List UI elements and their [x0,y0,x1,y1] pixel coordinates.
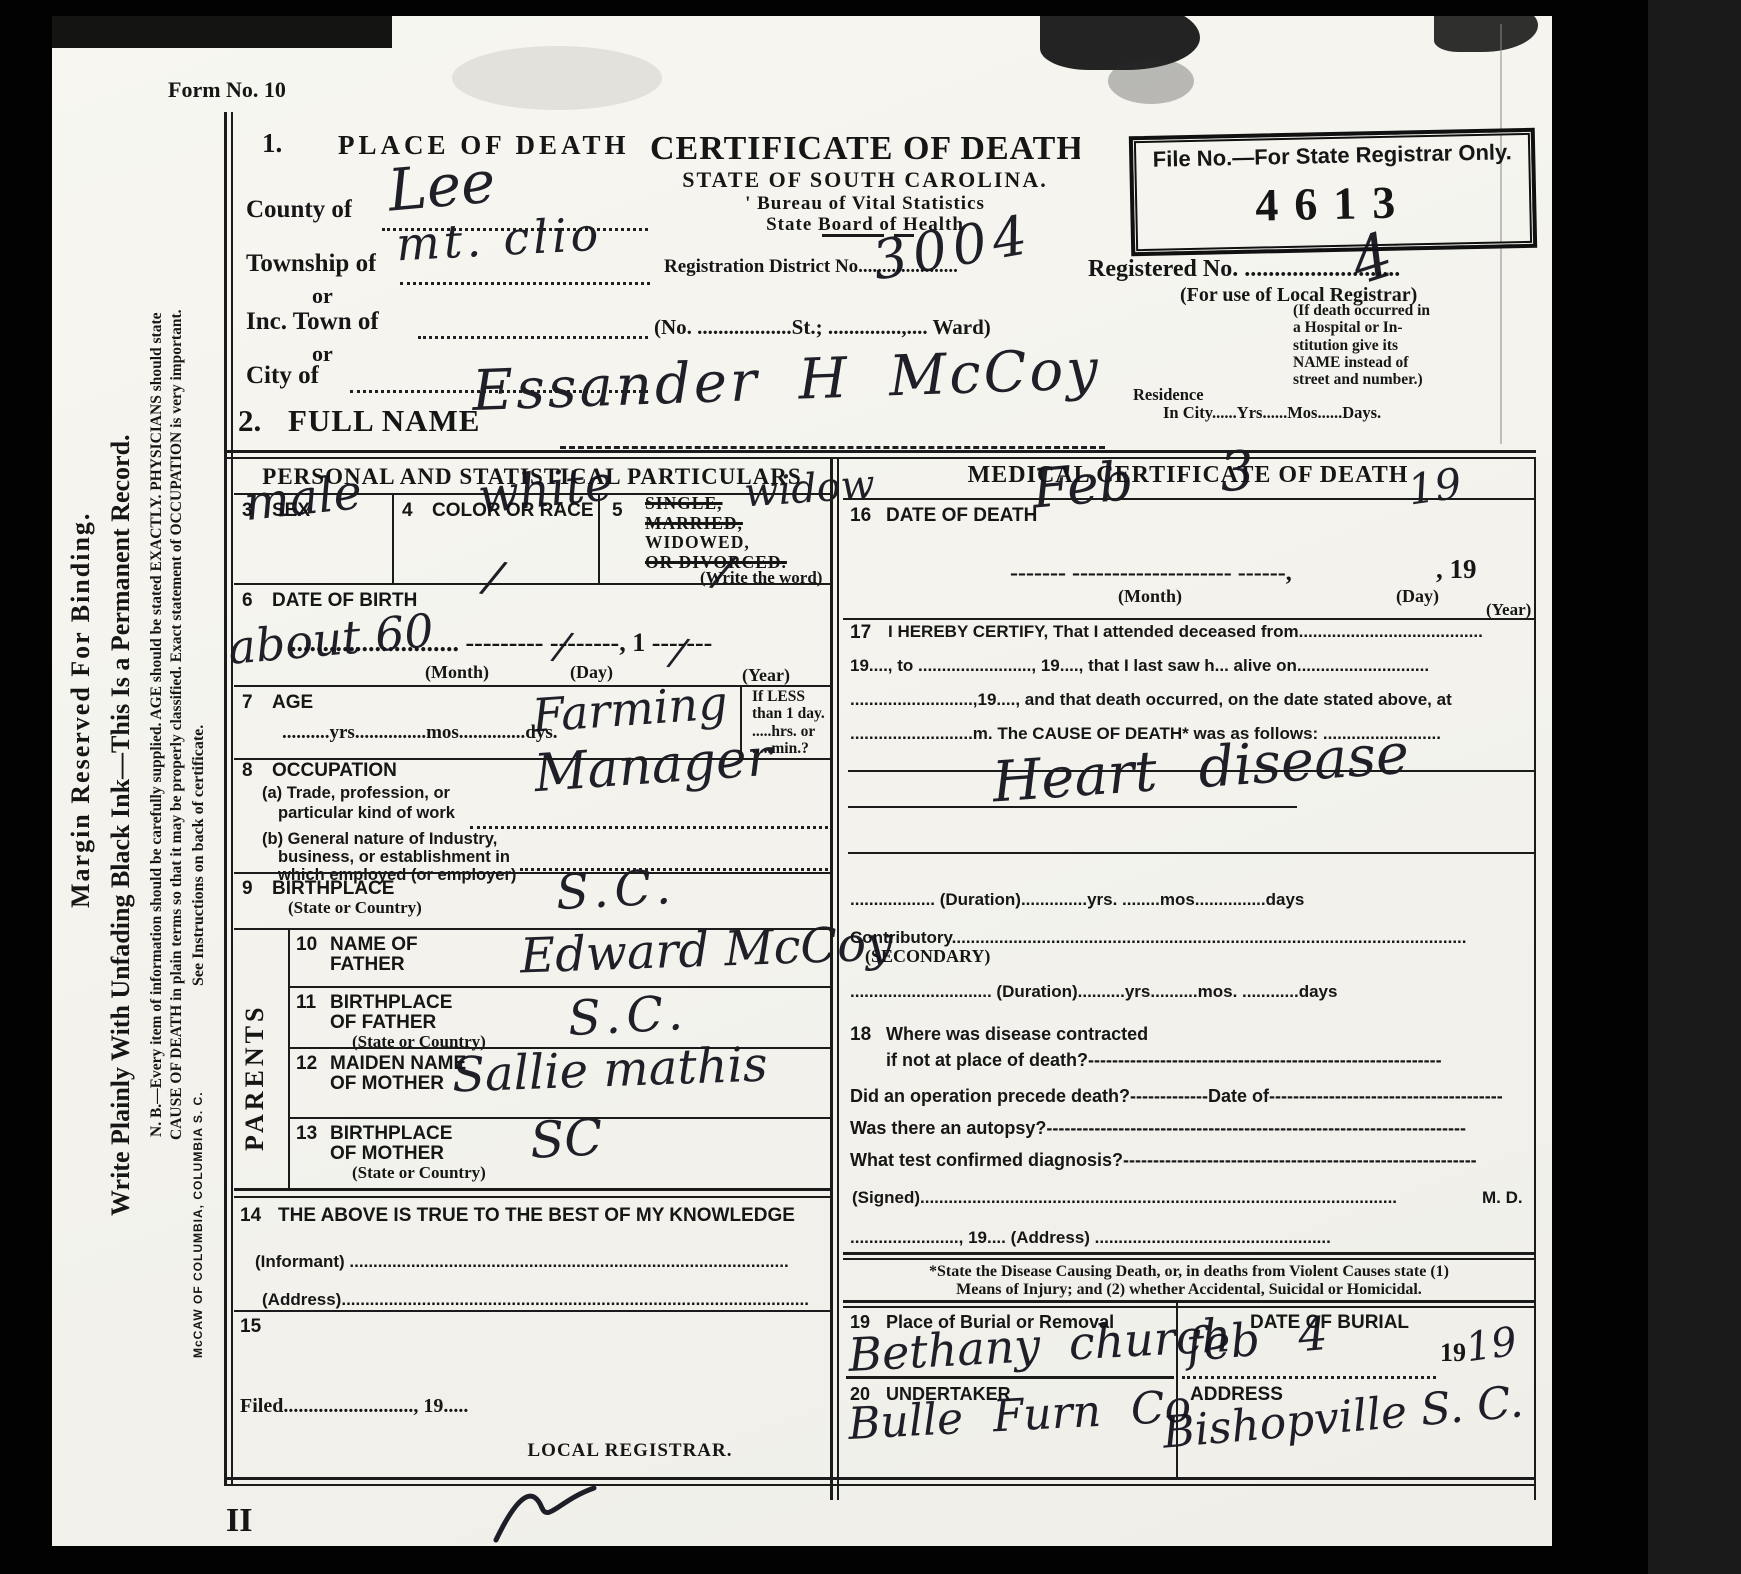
margin-instructions-note: See Instructions on back of certificate. [190,620,208,1090]
scan-artifact [1108,58,1194,104]
certificate-title: CERTIFICATE OF DEATH [650,130,1080,168]
rule [822,234,884,237]
marital-option-widowed: WIDOWED, [645,533,787,553]
occupation-a-line1: (a) Trade, profession, or [262,784,450,802]
margin-nb-note-line2: CAUSE OF DEATH in plain terms so that it… [168,90,185,1360]
rule [234,758,830,760]
dod-day-label: (Day) [1396,586,1439,606]
city-label: City of [246,362,319,390]
filed-number: 15 [240,1316,261,1337]
rule [224,450,1536,453]
if-less-line: If LESS [752,688,825,705]
rule [846,1376,1174,1379]
contributory-line: Contributory............................… [850,928,1534,947]
rule [740,685,742,758]
local-registrar-label: LOCAL REGISTRAR. [480,1440,780,1461]
township-label: Township of [246,250,376,278]
footnote-line1: *State the Disease Causing Death, or, in… [843,1263,1535,1281]
scan-border-bottom [0,1546,1741,1574]
rule [843,618,1534,620]
scan-border-right-outer [1648,0,1741,1574]
mother-birthplace-number: 13 [296,1123,317,1144]
rule [848,770,1534,772]
rule [837,457,839,1500]
informant-address-line: (Address)...............................… [262,1290,827,1309]
father-name-number: 10 [296,934,317,955]
rule [224,112,227,1486]
binding-tick-mark: II [226,1502,252,1540]
dod-month-label: (Month) [1118,586,1182,606]
parents-side-label: PARENTS [240,974,269,1180]
rule [830,457,833,1500]
occupation-b-line2: business, or establishment in [278,848,510,866]
mother-birthplace-sub: (State or Country) [352,1163,486,1182]
mother-name-label1: MAIDEN NAME [330,1053,466,1074]
rule [598,493,600,583]
age-label: AGE [272,692,313,713]
birthplace-label: BIRTHPLACE [272,878,394,899]
no-st-ward-line: (No. ..................St.; ............… [654,316,1254,340]
scan-border-left [0,0,52,1574]
hospital-note-line: a Hospital or In- [1293,319,1533,336]
rule [234,583,830,585]
stray-pen-stroke [490,1482,600,1546]
or-label: or [312,284,333,309]
operation-question-line: Did an operation precede death?---------… [850,1086,1534,1106]
dotted-line [1182,1376,1436,1379]
certify-line3: ..........................,19...., and t… [850,690,1534,709]
mother-name-number: 12 [296,1053,317,1074]
state-line: STATE OF SOUTH CAROLINA. [650,168,1080,193]
age-number: 7 [242,692,253,713]
full-name-handwritten-value: Essander H McCoy [471,337,1102,424]
birthplace-sub-label: (State or Country) [288,898,422,917]
rule [234,493,830,495]
rule [288,986,830,988]
rule [848,852,1534,854]
filed-line: Filed.........................., 19..... [240,1395,468,1417]
rule [234,872,830,874]
rule [843,1258,1536,1260]
file-number: 4613 [1134,174,1533,234]
rule [224,1484,1536,1486]
date-of-death-blank-line: ------- -------------------- ------, [1010,560,1430,587]
dob-number: 6 [242,590,253,611]
scan-artifact [452,46,662,110]
burial-year-printed: 19 [1440,1338,1466,1367]
certify-line1: I HEREBY CERTIFY, That I attended deceas… [888,622,1534,641]
date-of-death-label: DATE OF DEATH [886,505,1037,526]
test-question-line: What test confirmed diagnosis?----------… [850,1150,1534,1170]
hospital-note-line: stitution give its [1293,337,1533,354]
dod-year-label: (Year) [1486,600,1531,619]
rule [224,457,1536,459]
occupation-label: OCCUPATION [272,760,397,781]
dotted-line [520,868,828,871]
father-birthplace-label1: BIRTHPLACE [330,992,452,1013]
rule [1534,457,1536,1500]
father-name-label1: NAME OF [330,934,418,955]
hospital-note-line: (If death occurred in [1293,302,1533,319]
race-number: 4 [402,500,413,521]
residence-line: In City......Yrs......Mos......Days. [1163,404,1535,422]
dotted-line [400,282,650,285]
hospital-note: (If death occurred in a Hospital or In- … [1293,302,1533,389]
attest-number: 14 [240,1205,261,1226]
footnote-line2: Means of Injury; and (2) whether Acciden… [843,1281,1535,1299]
dotted-line [382,228,648,231]
file-box-title: File No.—For State Registrar Only. [1133,140,1531,173]
dotted-line [350,390,648,393]
scan-border-top [0,0,1741,16]
duration-line-secondary: .............................. (Duration… [850,982,1534,1001]
occupation-b-line1: (b) General nature of Industry, [262,830,497,848]
hospital-note-line: NAME instead of [1293,354,1533,371]
margin-binding-note: Margin Reserved For Binding. [66,320,95,1100]
disease-contracted-number: 18 [850,1024,871,1045]
burial-date-handwritten-value: feb 4 [1184,1306,1330,1372]
birthplace-number: 9 [242,878,253,899]
inc-town-label: Inc. Town of [246,308,379,336]
burial-year-handwritten: 19 [1463,1319,1520,1372]
if-less-line: than 1 day. [752,705,825,722]
certify-line2: 19...., to ........................, 19.… [850,656,1534,675]
rule [231,112,233,1486]
rule [392,493,394,583]
mother-birthplace-label2: OF MOTHER [330,1143,444,1164]
disease-contracted-line1: Where was disease contracted [886,1024,1148,1044]
registered-no-label: Registered No. .........................… [1088,256,1536,283]
rule [843,498,1534,500]
hospital-note-line: street and number.) [1293,371,1533,388]
informant-line: (Informant) ............................… [255,1252,827,1271]
certify-number: 17 [850,622,871,643]
rule [288,928,290,1188]
dob-month-label: (Month) [425,662,489,682]
scanned-death-certificate: Margin Reserved For Binding. Write Plain… [0,0,1741,1574]
township-handwritten-value: mt. clio [395,207,604,272]
rule [894,234,914,237]
occupation-a-line2: particular kind of work [278,804,455,822]
margin-nb-note-line1: N. B.—Every item of information should b… [148,90,165,1360]
marital-handwritten-value: widow [743,461,877,516]
dob-year-label: (Year) [742,665,790,685]
mother-name-label2: OF MOTHER [330,1073,444,1094]
rule [1176,1300,1178,1479]
rule [288,1047,830,1049]
full-name-label: FULL NAME [288,404,480,439]
date-of-death-year-printed: , 19 [1436,554,1477,584]
disease-contracted-line2: if not at place of death?---------------… [886,1050,1534,1070]
rule [234,1196,830,1198]
county-label: County of [246,196,352,224]
dotted-line [470,826,828,829]
rule [234,1310,830,1312]
dashed-line [560,446,1105,449]
mother-birthplace-label1: BIRTHPLACE [330,1123,452,1144]
father-birthplace-handwritten-value: S.C. [567,985,690,1047]
rule [234,928,830,930]
signed-address-line: ......................., 19.... (Address… [850,1228,1534,1247]
rule [848,806,1297,808]
father-birthplace-label2: OF FATHER [330,1012,436,1033]
date-of-death-year-handwritten: 19 [1405,459,1465,515]
dob-month-pen-mark: / [481,551,506,604]
md-label: M. D. [1482,1188,1523,1207]
rule [234,1188,830,1191]
rule [288,1117,830,1119]
rule [224,1477,1536,1480]
rule [843,1306,1536,1308]
duration-line-primary: .................. (Duration)...........… [850,890,1534,909]
file-number-box: File No.—For State Registrar Only. 4613 [1129,128,1537,256]
father-birthplace-number: 11 [296,992,316,1013]
printer-imprint: McCAW OF COLUMBIA, COLUMBIA S. C. [192,1090,205,1360]
full-name-number: 2. [238,404,261,439]
form-number: Form No. 10 [168,78,286,103]
autopsy-question-line: Was there an autopsy?-------------------… [850,1118,1534,1138]
dotted-line [418,336,648,339]
father-name-label2: FATHER [330,954,405,975]
rule [843,1300,1536,1303]
occupation-number: 8 [242,760,253,781]
margin-ink-note: Write Plainly With Unfading Black Ink—Th… [106,270,135,1380]
age-handwritten-value: about 60 [226,603,436,675]
certificate-paper: Margin Reserved For Binding. Write Plain… [52,16,1552,1546]
sex-handwritten-value: male [241,464,364,532]
signed-line: (Signed)................................… [852,1188,1452,1207]
dob-day-label: (Day) [570,662,613,682]
rule [843,1252,1536,1255]
attest-label: THE ABOVE IS TRUE TO THE BEST OF MY KNOW… [278,1205,795,1226]
residence-label: Residence [1133,386,1204,404]
place-of-death-number: 1. [262,128,282,158]
marital-option-married: MARRIED, [645,514,787,534]
